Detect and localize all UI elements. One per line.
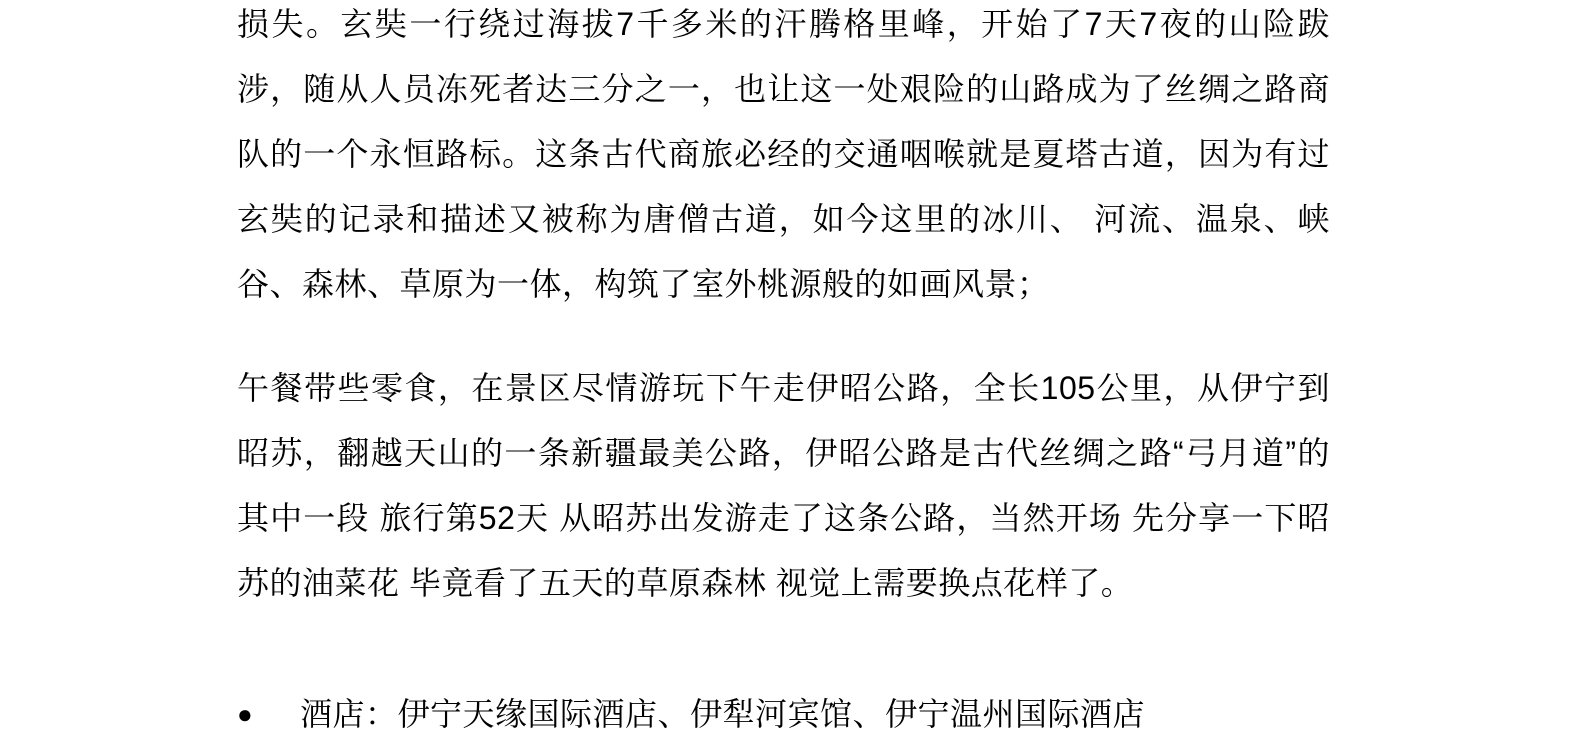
bullet-icon: ● [237, 682, 300, 747]
document-page: 损失。玄奘一行绕过海拔7千多米的汗腾格里峰，开始了7天7夜的山险跋涉，随从人员冻… [0, 0, 1588, 749]
paragraph-yizhao-highway: 午餐带些零食，在景区尽情游玩下午走伊昭公路，全长105公里，从伊宁到昭苏，翻越天… [237, 356, 1330, 616]
paragraph-shata-ancient-road: 损失。玄奘一行绕过海拔7千多米的汗腾格里峰，开始了7天7夜的山险跋涉，随从人员冻… [237, 0, 1330, 317]
bullet-list-item-hotels: ● 酒店：伊宁天缘国际酒店、伊犁河宾馆、伊宁温州国际酒店 [237, 682, 1330, 747]
bullet-item-text: 酒店：伊宁天缘国际酒店、伊犁河宾馆、伊宁温州国际酒店 [300, 682, 1330, 747]
